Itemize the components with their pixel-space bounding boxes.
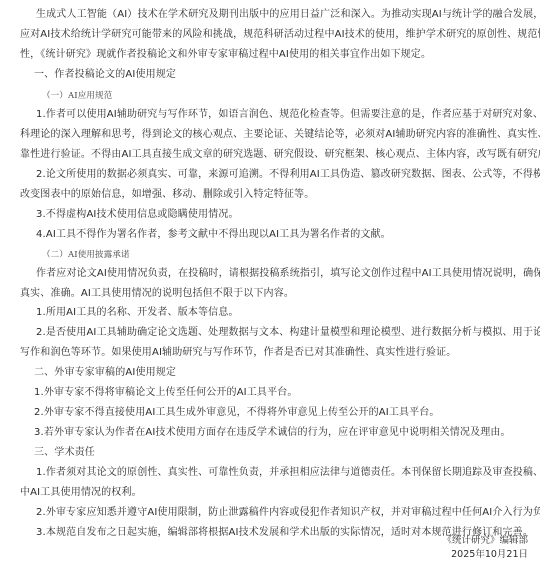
document-page: 生成式人工智能（AI）技术在学术研究及期刊出版中的应用日益广泛和深入。为推动实现… [0,0,540,569]
paragraph-line: 2.是否使用AI工具辅助确定论文选题、处理数据与文本、构建计量模型和理论模型、进… [36,326,532,340]
paragraph-line: 1.作者可以使用AI辅助研究与写作环节，如语言润色、规范化检查等。但需要注意的是… [36,108,532,122]
paragraph-line: 1.外审专家不得将审稿论文上传至任何公开的AI工具平台。 [34,386,532,400]
section-heading: 二、外审专家审稿的AI使用规定 [34,366,532,380]
intro-line: 性，《统计研究》现就作者投稿论文和外审专家审稿过程中AI使用的相关事宜作出如下规… [20,48,532,62]
paragraph-line: 写作和润色等环节。如果使用AI辅助研究与写作环节，作者是否已对其准确性、真实性进… [20,346,532,360]
paragraph-line: 2.外审专家应知悉并遵守AI使用限制，防止泄露稿件内容或侵犯作者知识产权，并对审… [36,506,532,520]
paragraph-line: 1.所用AI工具的名称、开发者、版本等信息。 [36,306,532,320]
paragraph-line: 2.外审专家不得直接使用AI工具生成外审意见，不得将外审意见上传至公开的AI工具… [34,406,532,420]
paragraph-line: 改变图表中的原始信息，如增强、移动、删除或引入特定特征等。 [20,188,532,202]
paragraph-line: 靠性进行验证。不得由AI工具直接生成文章的研究选题、研究假设、研究框架、核心观点… [20,148,532,162]
signature-org: 《统计研究》编辑部 [442,534,528,547]
section-heading: 三、学术责任 [34,446,532,460]
section-heading: 一、作者投稿论文的AI使用规定 [34,68,532,82]
intro-line: 生成式人工智能（AI）技术在学术研究及期刊出版中的应用日益广泛和深入。为推动实现… [36,8,532,22]
subsection-heading: （二）AI使用披露承诺 [42,248,532,262]
paragraph-line: 中AI工具使用情况的权利。 [20,486,532,500]
subsection-heading: （一）AI应用规范 [42,89,532,103]
paragraph-line: 作者应对论文AI使用情况负责，在投稿时，请根据投稿系统指引，填写论文创作过程中A… [36,267,532,281]
paragraph-line: 真实、准确。AI工具使用情况的说明包括但不限于以下内容。 [20,287,532,301]
paragraph-line: 3.不得虚构AI技术使用信息或隐瞒使用情况。 [36,208,532,222]
paragraph-line: 4.AI工具不得作为署名作者，参考文献中不得出现以AI工具为署名作者的文献。 [36,228,532,242]
signature-date: 2025年10月21日 [451,548,528,561]
intro-line: 应对AI技术给统计学研究可能带来的风险和挑战，规范科研活动过程中AI技术的使用，… [20,28,532,42]
paragraph-line: 3.若外审专家认为作者在AI技术使用方面存在违反学术诚信的行为，应在评审意见中说… [34,426,532,440]
paragraph-line: 科理论的深入理解和思考，得到论文的核心观点、主要论证、关键结论等，必须对AI辅助… [20,128,532,142]
paragraph-line: 1.作者须对其论文的原创性、真实性、可靠性负责，并承担相应法律与道德责任。本刊保… [36,466,532,480]
paragraph-line: 2.论文所使用的数据必须真实、可靠，来源可追溯。不得利用AI工具伪造、篡改研究数… [36,168,532,182]
